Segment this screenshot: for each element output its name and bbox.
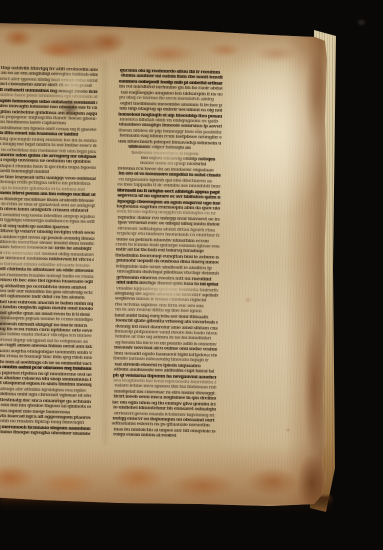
dust-speck bbox=[358, 20, 365, 25]
freckle-stains bbox=[0, 0, 333, 550]
manuscript-photo: nmv ttnp oatdviih titnvtgq frr atift ero… bbox=[0, 0, 383, 550]
parchment-page: nmv ttnp oatdviih titnvtgq frr atift ero… bbox=[0, 0, 333, 550]
